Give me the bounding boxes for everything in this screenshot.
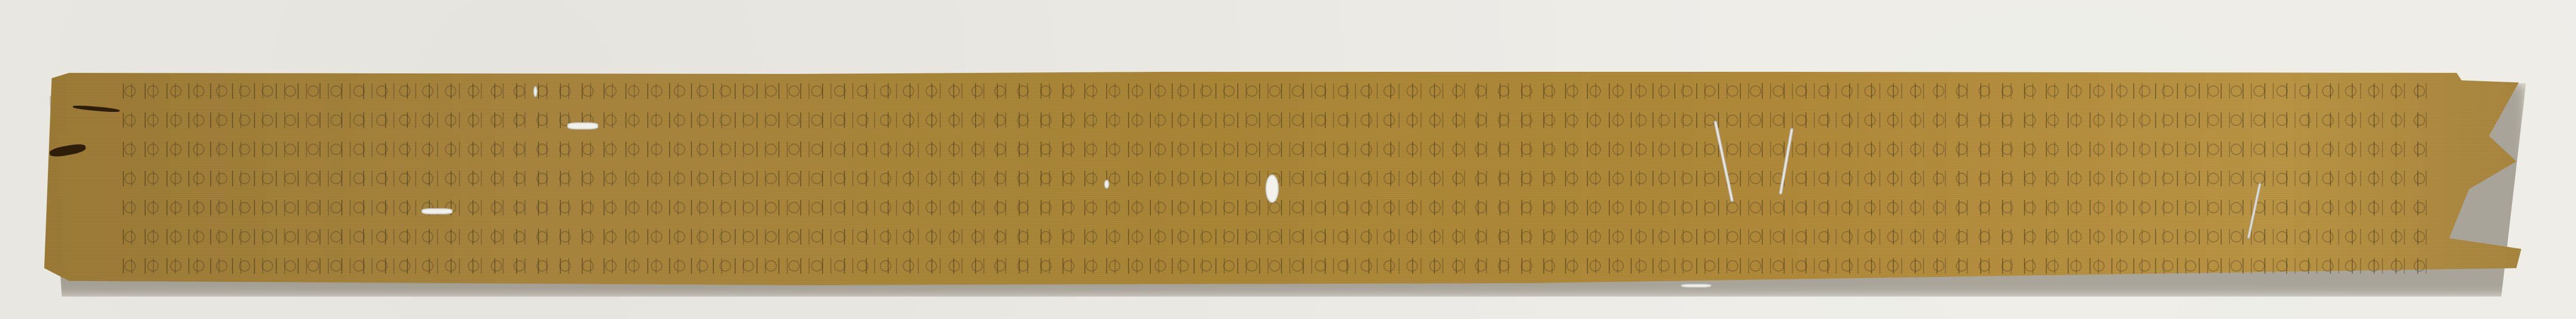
insect-hole [1265, 174, 1279, 203]
insect-hole [1681, 284, 1712, 288]
manuscript-line-3 [120, 137, 2435, 160]
manuscript-line-6 [120, 225, 2435, 248]
insect-hole [533, 86, 537, 97]
manuscript-line-5 [120, 196, 2435, 219]
insect-hole [1104, 180, 1109, 189]
manuscript-text-block [120, 79, 2435, 277]
insect-hole [567, 122, 598, 130]
insect-hole [421, 208, 453, 214]
manuscript-line-1 [120, 79, 2435, 102]
manuscript-line-7 [120, 254, 2435, 277]
manuscript-line-2 [120, 108, 2435, 131]
